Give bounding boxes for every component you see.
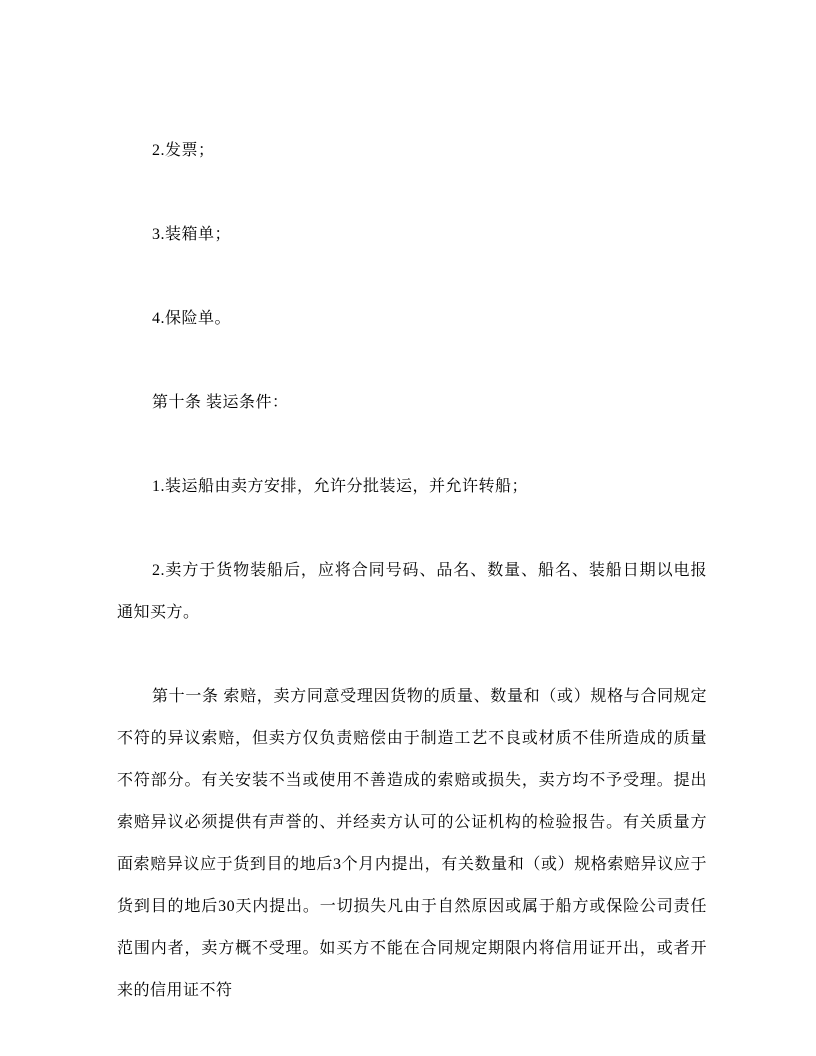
paragraph: 1.装运船由卖方安排，允许分批装运，并允许转船； xyxy=(117,466,707,508)
paragraph: 第十条 装运条件： xyxy=(117,382,707,424)
paragraph: 4.保险单。 xyxy=(117,298,707,340)
document-body: 2.发票；3.装箱单；4.保险单。第十条 装运条件：1.装运船由卖方安排，允许分… xyxy=(117,130,707,1012)
paragraph: 2.发票； xyxy=(117,130,707,172)
paragraph: 2.卖方于货物装船后，应将合同号码、品名、数量、船名、装船日期以电报通知买方。 xyxy=(117,550,707,634)
paragraph: 3.装箱单； xyxy=(117,214,707,256)
document-page: 2.发票；3.装箱单；4.保险单。第十条 装运条件：1.装运船由卖方安排，允许分… xyxy=(0,0,816,1056)
paragraph: 第十一条 索赔，卖方同意受理因货物的质量、数量和（或）规格与合同规定不符的异议索… xyxy=(117,676,707,1012)
